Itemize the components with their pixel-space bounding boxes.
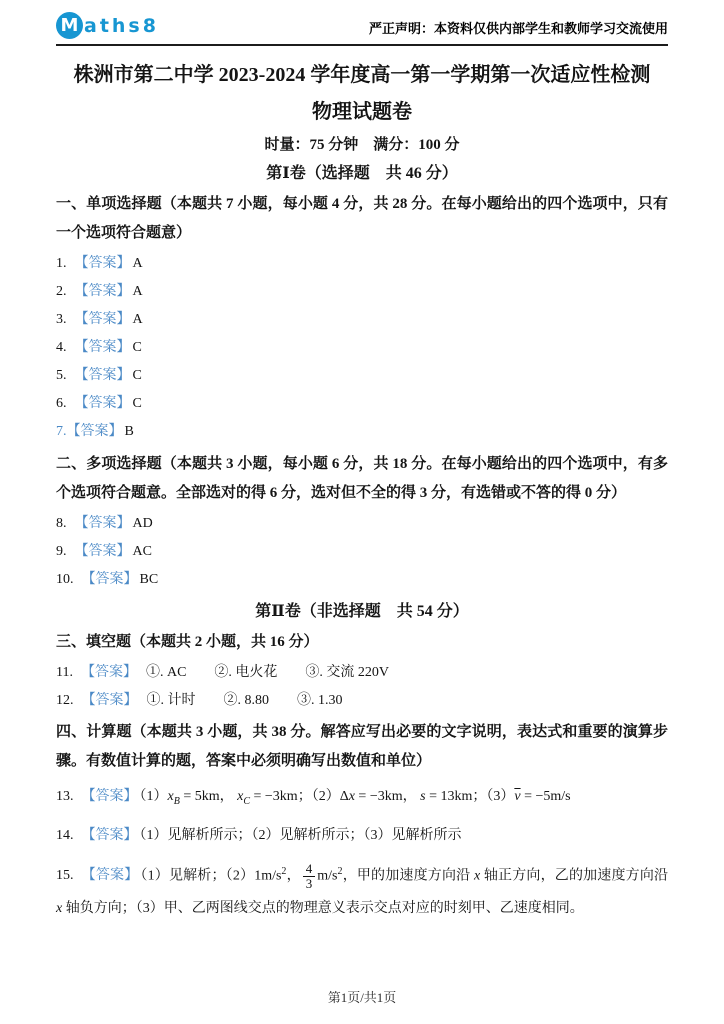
answer-label: 【答案】: [82, 789, 138, 804]
answer-row-6: 6.【答案】C: [56, 390, 668, 418]
page-header: M aths8 严正声明：本资料仅供内部学生和教师学习交流使用: [56, 12, 668, 46]
answer-label: 【答案】: [75, 368, 131, 383]
question-number: 12.: [56, 687, 74, 715]
answer-row-10: 10.【答案】BC: [56, 566, 668, 594]
answer-text: = 5km，: [180, 789, 237, 804]
answer-text: = −5m/s: [521, 789, 571, 804]
doc-subtitle: 物理试题卷: [0, 97, 724, 127]
answer-value: AD: [133, 516, 153, 531]
answer-label: 【答案】: [67, 424, 123, 439]
answer-label: 【答案】: [75, 544, 131, 559]
question-number: 10.: [56, 566, 74, 594]
answer-text: = −3km；（2）Δ: [250, 789, 349, 804]
answer-text: 轴负方向；（3）甲、乙两图线交点的物理意义表示交点对应的时刻甲、乙速度相同。: [62, 901, 584, 916]
answer-value: （1）见解析所示；（2）见解析所示；（3）见解析所示: [140, 828, 462, 843]
question-number: 6.: [56, 390, 67, 418]
answer-text: ，甲的加速度方向沿: [343, 868, 474, 883]
logo-text: aths8: [84, 15, 159, 37]
answer-label: 【答案】: [82, 828, 138, 843]
answer-text: = 13km；（3）: [426, 789, 515, 804]
question-number: 11.: [56, 659, 73, 687]
answer-text: = −3km，: [355, 789, 420, 804]
answer-value: C: [133, 368, 142, 383]
answer-row-5: 5.【答案】C: [56, 362, 668, 390]
document-content: 一、单项选择题（本题共 7 小题，每小题 4 分，共 28 分。在每小题给出的四…: [56, 190, 668, 594]
answer-row-2: 2.【答案】A: [56, 278, 668, 306]
answer-label: 【答案】: [75, 396, 131, 411]
logo-m-icon: M: [56, 12, 83, 39]
question-number: 5.: [56, 362, 67, 390]
answer-row-3: 3.【答案】A: [56, 306, 668, 334]
answer-row-9: 9.【答案】AC: [56, 538, 668, 566]
answer-label: 【答案】: [75, 340, 131, 355]
math-sub-c: C: [243, 796, 250, 807]
answer-row-14: 14.【答案】（1）见解析所示；（2）见解析所示；（3）见解析所示: [56, 821, 668, 851]
math-fraction-4-3: 43: [303, 862, 316, 890]
answer-row-1: 1.【答案】A: [56, 250, 668, 278]
page-indicator: 第1页/共1页: [0, 987, 724, 1006]
answer-label: 【答案】: [75, 312, 131, 327]
answer-row-12: 12.【答案】 ①. 计时 ②. 8.80 ③. 1.30: [56, 687, 668, 715]
maths8-logo: M aths8: [56, 12, 159, 39]
answer-label: 【答案】: [75, 516, 131, 531]
answer-value: C: [133, 396, 142, 411]
answer-value: A: [133, 256, 143, 271]
answer-value: ①. 计时 ②. 8.80 ③. 1.30: [133, 693, 343, 708]
doc-title: 株洲市第二中学 2023-2024 学年度高一第一学期第一次适应性检测: [0, 60, 724, 90]
question-number: 9.: [56, 538, 67, 566]
answer-row-11: 11.【答案】 ①. AC ②. 电火花 ③. 交流 220V: [56, 659, 668, 687]
part2-heading: 第Ⅱ卷（非选择题 共 54 分）: [0, 598, 724, 625]
answer-row-13: 13.【答案】（1）xB = 5km， xC = −3km；（2）Δx = −3…: [56, 782, 668, 817]
answer-text: 轴正方向，乙的加速度方向沿: [480, 868, 668, 883]
answer-label: 【答案】: [82, 868, 139, 883]
question-number: 4.: [56, 334, 67, 362]
answer-value: A: [133, 312, 143, 327]
answer-text: ，: [286, 868, 300, 883]
answer-text: （1）: [140, 789, 168, 804]
section1-answers: 1.【答案】A 2.【答案】A 3.【答案】A 4.【答案】C 5.【答案】C …: [56, 250, 668, 446]
document-content-part2: 三、填空题（本题共 2 小题，共 16 分） 11.【答案】 ①. AC ②. …: [56, 628, 668, 925]
answer-text: m/s: [317, 868, 337, 883]
question-number: 8.: [56, 510, 67, 538]
answer-row-7: 7.【答案】B: [56, 418, 668, 446]
question-number: 14.: [56, 821, 74, 851]
section2-answers: 8.【答案】AD 9.【答案】AC 10.【答案】BC: [56, 510, 668, 594]
question-number: 2.: [56, 278, 67, 306]
answer-label: 【答案】: [82, 572, 138, 587]
section1-title: 一、单项选择题（本题共 7 小题，每小题 4 分，共 28 分。在每小题给出的四…: [56, 190, 668, 248]
question-number: 1.: [56, 250, 67, 278]
section4-title: 四、计算题（本题共 3 小题，共 38 分。解答应写出必要的文字说明，表达式和重…: [56, 718, 668, 776]
fraction-denominator: 3: [303, 877, 316, 891]
section3-answers: 11.【答案】 ①. AC ②. 电火花 ③. 交流 220V 12.【答案】 …: [56, 659, 668, 715]
question-number: 7.: [56, 418, 67, 446]
question-number: 15.: [56, 859, 74, 892]
answer-value: A: [133, 284, 143, 299]
answer-value: B: [125, 424, 134, 439]
exam-meta: 时量：75 分钟 满分：100 分: [0, 132, 724, 158]
answer-label: 【答案】: [75, 284, 131, 299]
section2-title: 二、多项选择题（本题共 3 小题，每小题 6 分，共 18 分。在每小题给出的四…: [56, 450, 668, 508]
part1-heading: 第Ⅰ卷（选择题 共 46 分）: [0, 160, 724, 187]
answer-value: BC: [140, 572, 159, 587]
answer-text: （1）见解析；（2）1m/s: [140, 868, 281, 883]
answer-row-8: 8.【答案】AD: [56, 510, 668, 538]
question-number: 3.: [56, 306, 67, 334]
section3-title: 三、填空题（本题共 2 小题，共 16 分）: [56, 628, 668, 657]
disclaimer-text: 严正声明：本资料仅供内部学生和教师学习交流使用: [369, 18, 668, 39]
document-page: M aths8 严正声明：本资料仅供内部学生和教师学习交流使用 株洲市第二中学 …: [0, 0, 724, 1024]
answer-value: ①. AC ②. 电火花 ③. 交流 220V: [132, 665, 389, 680]
answer-value: AC: [133, 544, 152, 559]
answer-label: 【答案】: [75, 256, 131, 271]
answer-value: C: [133, 340, 142, 355]
answer-row-15: 15.【答案】（1）见解析；（2）1m/s2，43m/s2，甲的加速度方向沿 x…: [56, 855, 668, 926]
fraction-numerator: 4: [303, 862, 316, 877]
question-number: 13.: [56, 782, 74, 812]
answer-label: 【答案】: [82, 693, 131, 708]
answer-label: 【答案】: [81, 665, 130, 680]
answer-row-4: 4.【答案】C: [56, 334, 668, 362]
